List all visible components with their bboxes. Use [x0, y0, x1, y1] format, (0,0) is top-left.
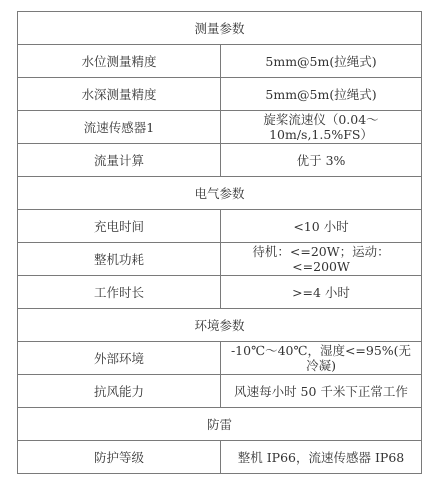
table-row: 流速传感器1 旋桨流速仪（0.04～10m/s,1.5%FS） [18, 111, 422, 144]
table-row: 水深测量精度 5mm@5m(拉绳式) [18, 78, 422, 111]
section-title-electrical: 电气参数 [18, 177, 422, 210]
row-value: 5mm@5m(拉绳式) [221, 78, 422, 111]
table-row: 充电时间 <10 小时 [18, 210, 422, 243]
row-value: -10℃～40℃，湿度<=95%(无冷凝) [221, 342, 422, 375]
table-row: 工作时长 >=4 小时 [18, 276, 422, 309]
row-label: 水深测量精度 [18, 78, 221, 111]
section-title-measurement: 测量参数 [18, 12, 422, 45]
row-value: <10 小时 [221, 210, 422, 243]
row-value: 整机 IP66，流速传感器 IP68 [221, 441, 422, 474]
row-value: 优于 3% [221, 144, 422, 177]
table-row: 抗风能力 风速每小时 50 千米下正常工作 [18, 375, 422, 408]
row-label: 水位测量精度 [18, 45, 221, 78]
spec-table: 测量参数 水位测量精度 5mm@5m(拉绳式) 水深测量精度 5mm@5m(拉绳… [17, 11, 422, 474]
table-row: 外部环境 -10℃～40℃，湿度<=95%(无冷凝) [18, 342, 422, 375]
row-label: 流量计算 [18, 144, 221, 177]
section-header-row: 测量参数 [18, 12, 422, 45]
row-label: 防护等级 [18, 441, 221, 474]
table-row: 水位测量精度 5mm@5m(拉绳式) [18, 45, 422, 78]
section-header-row: 环境参数 [18, 309, 422, 342]
section-title-lightning: 防雷 [18, 408, 422, 441]
row-label: 外部环境 [18, 342, 221, 375]
row-label: 抗风能力 [18, 375, 221, 408]
row-label: 整机功耗 [18, 243, 221, 276]
row-label: 充电时间 [18, 210, 221, 243]
section-header-row: 防雷 [18, 408, 422, 441]
row-value: >=4 小时 [221, 276, 422, 309]
table-row: 流量计算 优于 3% [18, 144, 422, 177]
row-label: 工作时长 [18, 276, 221, 309]
table-row: 整机功耗 待机：<=20W；运动：<=200W [18, 243, 422, 276]
row-value: 风速每小时 50 千米下正常工作 [221, 375, 422, 408]
row-value: 5mm@5m(拉绳式) [221, 45, 422, 78]
row-value: 旋桨流速仪（0.04～10m/s,1.5%FS） [221, 111, 422, 144]
section-title-environment: 环境参数 [18, 309, 422, 342]
row-label: 流速传感器1 [18, 111, 221, 144]
section-header-row: 电气参数 [18, 177, 422, 210]
table-row: 防护等级 整机 IP66，流速传感器 IP68 [18, 441, 422, 474]
row-value: 待机：<=20W；运动：<=200W [221, 243, 422, 276]
